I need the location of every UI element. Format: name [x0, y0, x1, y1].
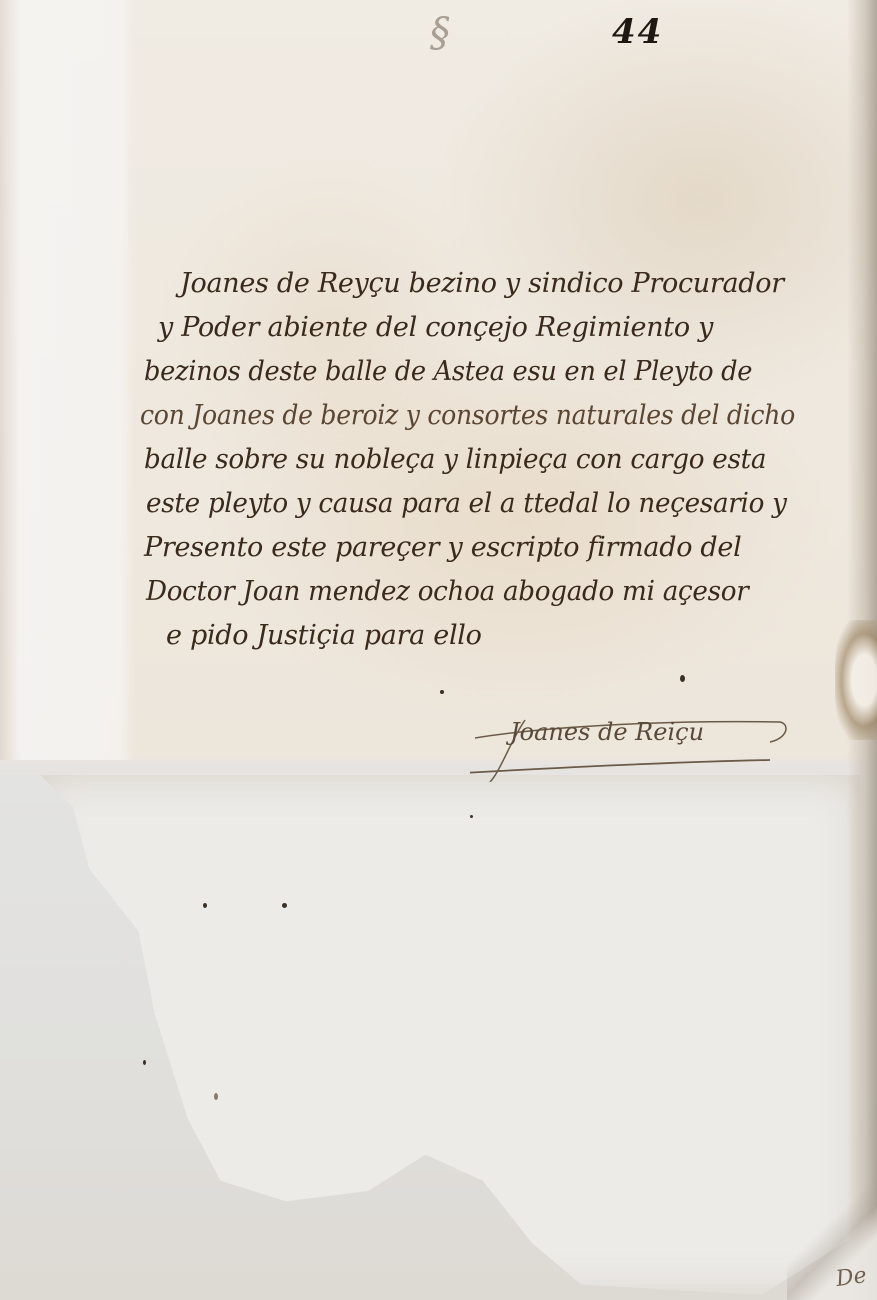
manuscript-line: este pleyto y causa para el a ttedal lo … [146, 482, 839, 526]
manuscript-line: y Poder abiente del conçejo Regimiento y [158, 306, 860, 350]
folio-number: 44 [612, 12, 663, 52]
manuscript-line: Doctor Joan mendez ochoa abogado mi açes… [146, 570, 839, 614]
top-flourish-mark: § [430, 10, 450, 56]
corner-fragment-text: De [835, 1264, 869, 1292]
ink-speck [143, 1060, 146, 1065]
ink-speck [214, 1093, 218, 1100]
manuscript-line: bezinos deste balle de Astea esu en el P… [144, 350, 824, 394]
signature-block: Joanes de Reiçu [470, 712, 800, 782]
ink-speck [203, 903, 207, 908]
signature-name: Joanes de Reiçu [510, 718, 704, 746]
ink-speck [440, 690, 444, 694]
ink-speck [282, 903, 287, 908]
manuscript-line: con Joanes de beroiz y consortes natural… [140, 394, 810, 438]
manuscript-line: Presento este pareçer y escripto firmado… [144, 526, 860, 570]
ink-speck [470, 815, 473, 818]
paper-wash-left [0, 0, 135, 760]
manuscript-page: De § 44 Joanes de Reyçu bezino y sindico… [0, 0, 877, 1300]
manuscript-line: e pido Justiçia para ello [166, 614, 860, 658]
manuscript-text-block: Joanes de Reyçu bezino y sindico Procura… [150, 262, 860, 658]
manuscript-line: balle sobre su nobleça y linpieça con ca… [144, 438, 839, 482]
ink-speck [680, 675, 685, 682]
manuscript-line: Joanes de Reyçu bezino y sindico Procura… [180, 262, 860, 306]
